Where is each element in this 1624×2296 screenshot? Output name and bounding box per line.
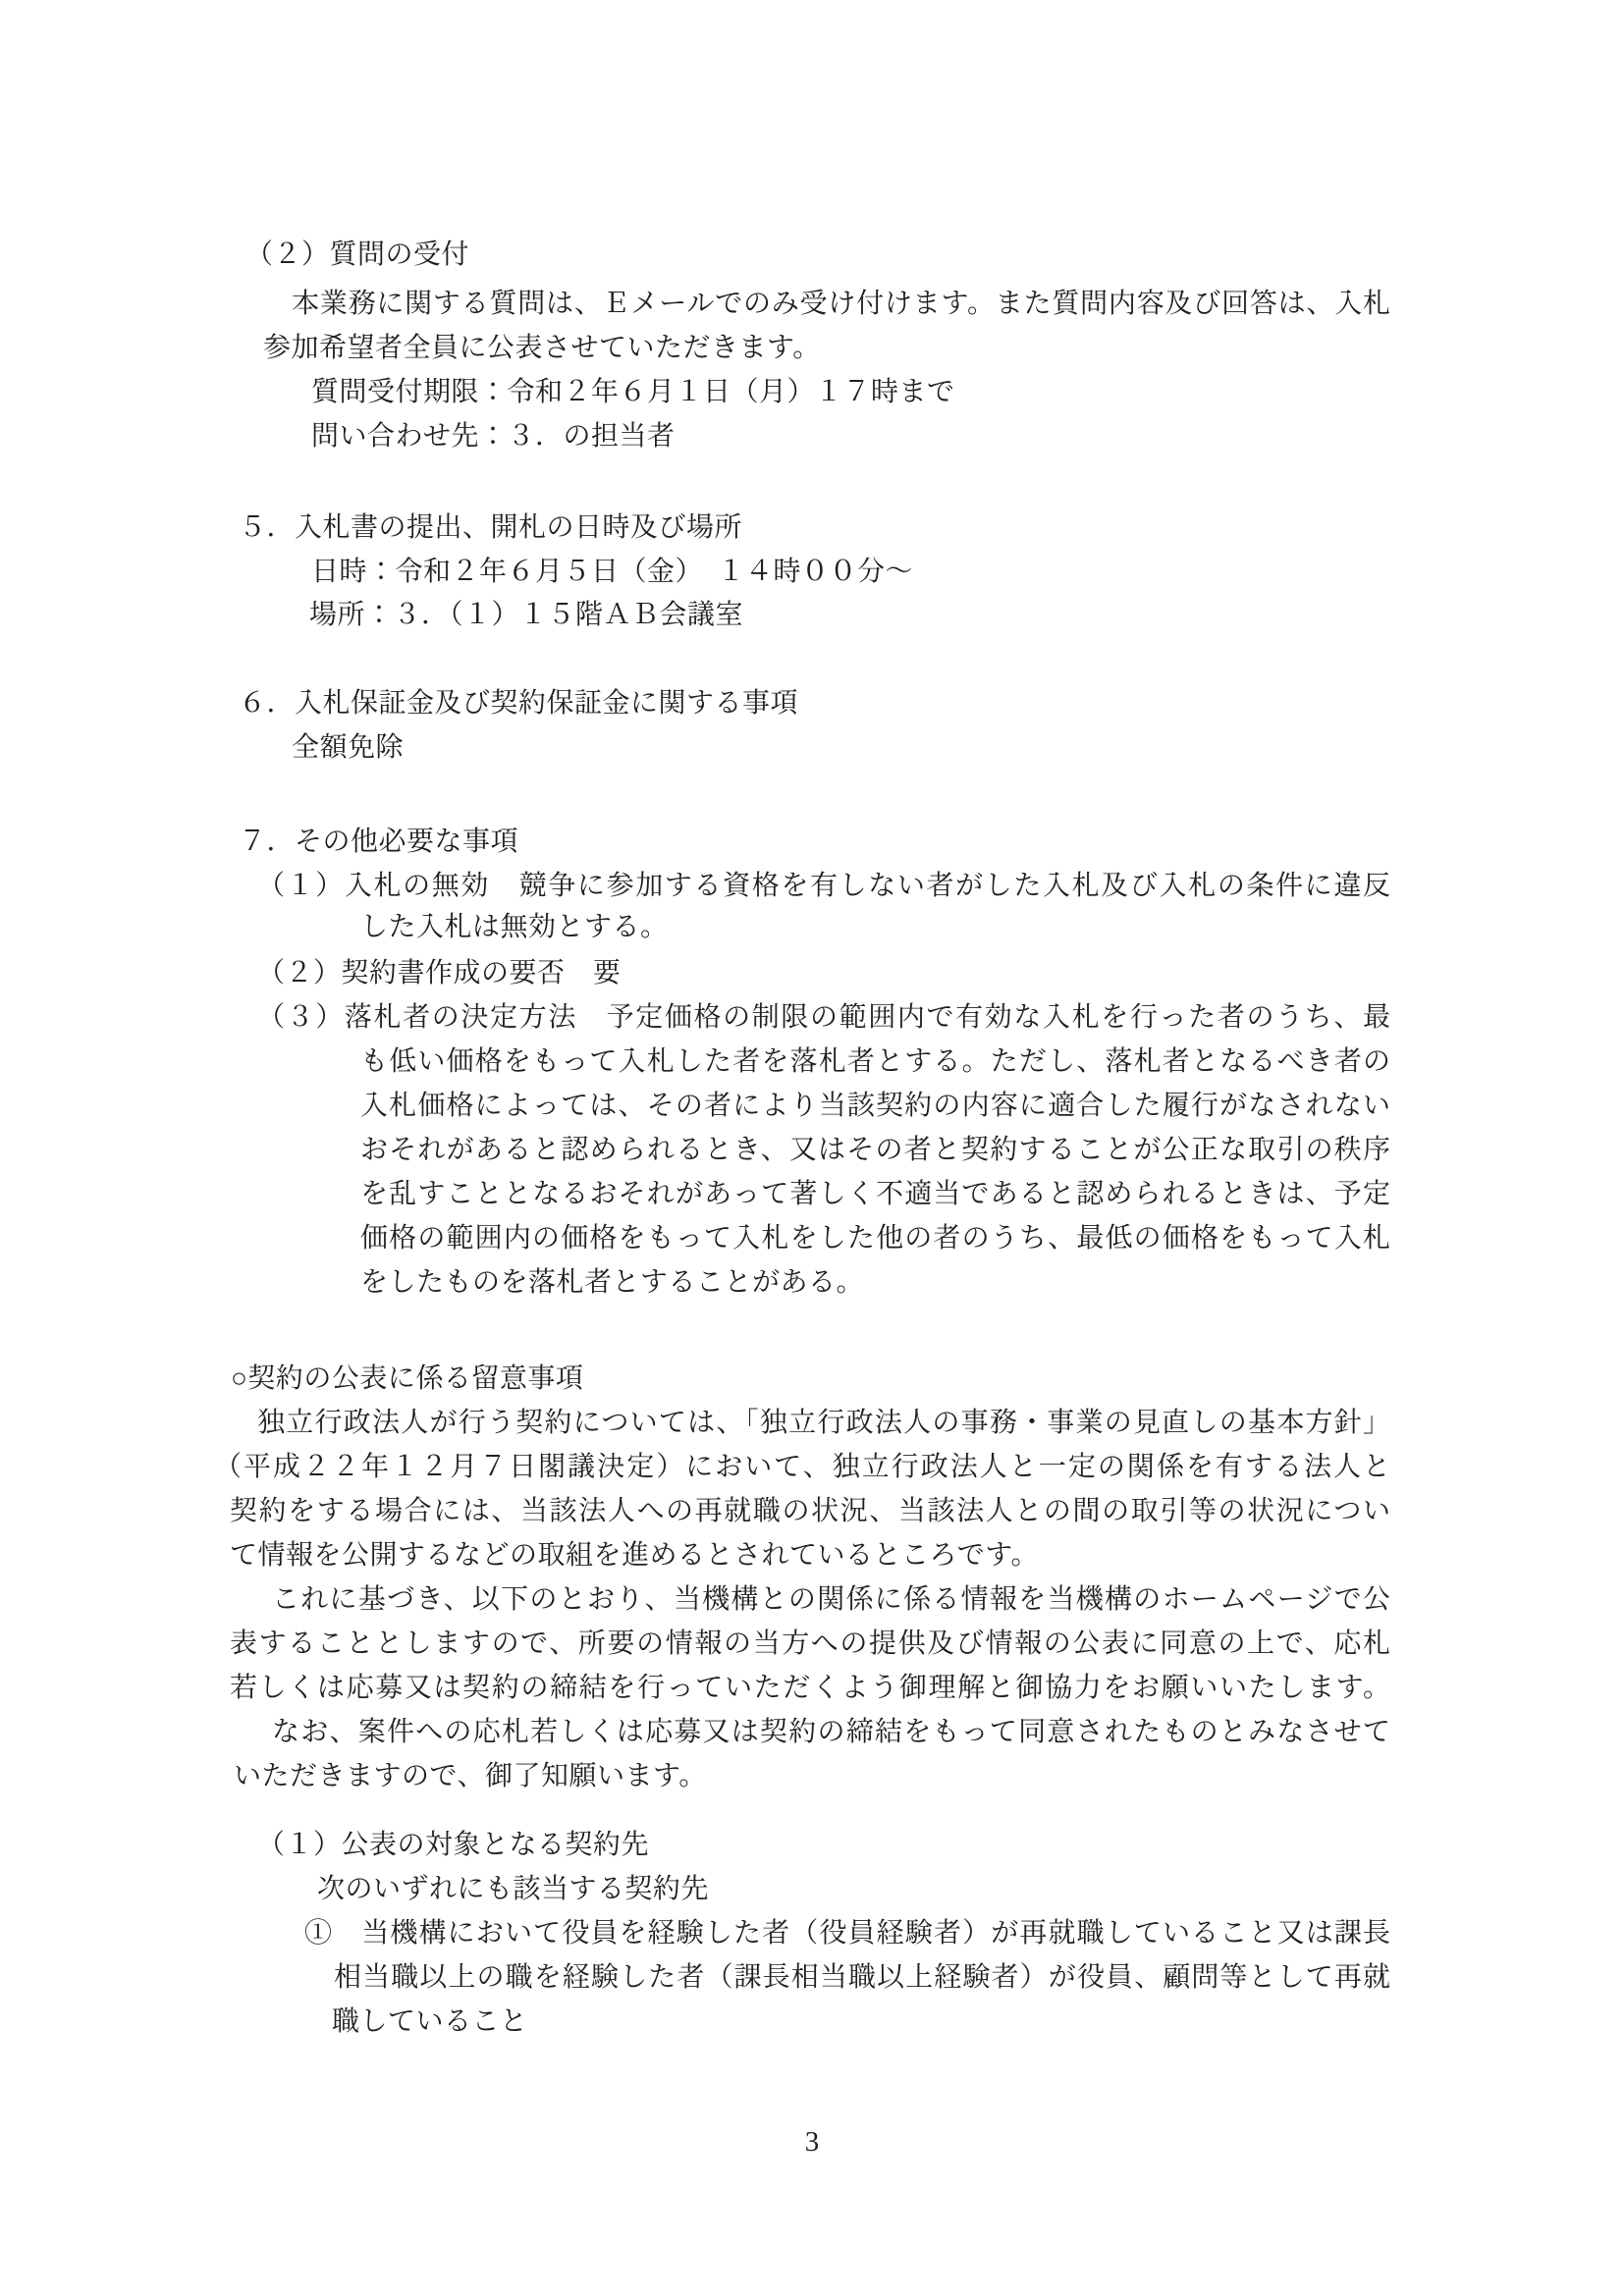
- text-line: 契約をする場合には、当該法人への再就職の状況、当該法人との間の取引等の状況につい: [230, 1489, 1390, 1533]
- text-line: 若しくは応募又は契約の締結を行っていただくよう御理解と御協力をお願いいたします。: [230, 1666, 1390, 1710]
- text-line: いただきますので、御了知願います。: [234, 1754, 707, 1798]
- text-line: 問い合わせ先：３．の担当者: [311, 414, 676, 458]
- text-line: をしたものを落札者とすることがある。: [360, 1260, 864, 1305]
- text-line: 日時：令和２年６月５日（金） １４時００分～: [311, 550, 913, 594]
- text-line: 全額免除: [292, 725, 404, 770]
- document-body: （２）質問の受付本業務に関する質問は、Ｅメールでのみ受け付けます。また質問内容及…: [0, 0, 1624, 2296]
- text-line: 質問受付期限：令和２年６月１日（月）１７時まで: [311, 370, 955, 414]
- text-line: ○契約の公表に係る留意事項: [231, 1357, 583, 1401]
- text-line: した入札は無効とする。: [360, 905, 669, 949]
- text-line: （２）質問の受付: [245, 233, 469, 277]
- text-line: も低い価格をもって入札した者を落札者とする。ただし、落札者となるべき者の: [360, 1040, 1390, 1084]
- text-line: なお、案件への応札若しくは応募又は契約の締結をもって同意されたものとみなさせて: [272, 1710, 1390, 1754]
- text-line: （平成２２年１２月７日閣議決定）において、独立行政法人と一定の関係を有する法人と: [214, 1445, 1390, 1489]
- text-line: 独立行政法人が行う契約については、「独立行政法人の事務・事業の見直しの基本方針」: [257, 1401, 1390, 1445]
- text-line: これに基づき、以下のとおり、当機構との関係に係る情報を当機構のホームページで公: [272, 1577, 1390, 1622]
- text-line: ５．入札書の提出、開札の日時及び場所: [239, 506, 742, 550]
- text-line: て情報を公開するなどの取組を進めるとされているところです。: [230, 1533, 1039, 1577]
- text-line: 表することとしますので、所要の情報の当方への提供及び情報の公表に同意の上で、応札: [230, 1622, 1390, 1666]
- page-number: 3: [0, 2120, 1624, 2164]
- text-line: 価格の範囲内の価格をもって入札をした他の者のうち、最低の価格をもって入札: [360, 1216, 1390, 1260]
- text-line: 相当職以上の職を経験した者（課長相当職以上経験者）が役員、顧問等として再就: [334, 1955, 1390, 2000]
- text-line: （１）入札の無効 競争に参加する資格を有しない者がした入札及び入札の条件に違反: [257, 864, 1390, 908]
- text-line: （２）契約書作成の要否 要: [257, 951, 622, 995]
- document-page: （２）質問の受付本業務に関する質問は、Ｅメールでのみ受け付けます。また質問内容及…: [0, 0, 1624, 2296]
- text-line: 入札価格によっては、その者により当該契約の内容に適合した履行がなされない: [360, 1084, 1390, 1128]
- text-line: 本業務に関する質問は、Ｅメールでのみ受け付けます。また質問内容及び回答は、入札: [292, 282, 1390, 326]
- text-line: 職していること: [332, 2000, 528, 2044]
- text-line: 次のいずれにも該当する契約先: [317, 1867, 709, 1911]
- text-line: ７．その他必要な事項: [239, 820, 518, 864]
- text-line: を乱すこととなるおそれがあって著しく不適当であると認められるときは、予定: [360, 1172, 1390, 1216]
- text-line: （１）公表の対象となる契約先: [257, 1823, 649, 1867]
- text-line: 参加希望者全員に公表させていただきます。: [263, 326, 821, 370]
- text-line: おそれがあると認められるとき、又はその者と契約することが公正な取引の秩序: [360, 1128, 1390, 1172]
- text-line: （３）落札者の決定方法 予定価格の制限の範囲内で有効な入札を行った者のうち、最: [257, 995, 1390, 1040]
- text-line: ① 当機構において役員を経験した者（役員経験者）が再就職していること又は課長: [304, 1911, 1390, 1955]
- text-line: ６．入札保証金及び契約保証金に関する事項: [239, 681, 798, 725]
- text-line: 場所：３．（１）１５階ＡＢ会議室: [309, 593, 743, 637]
